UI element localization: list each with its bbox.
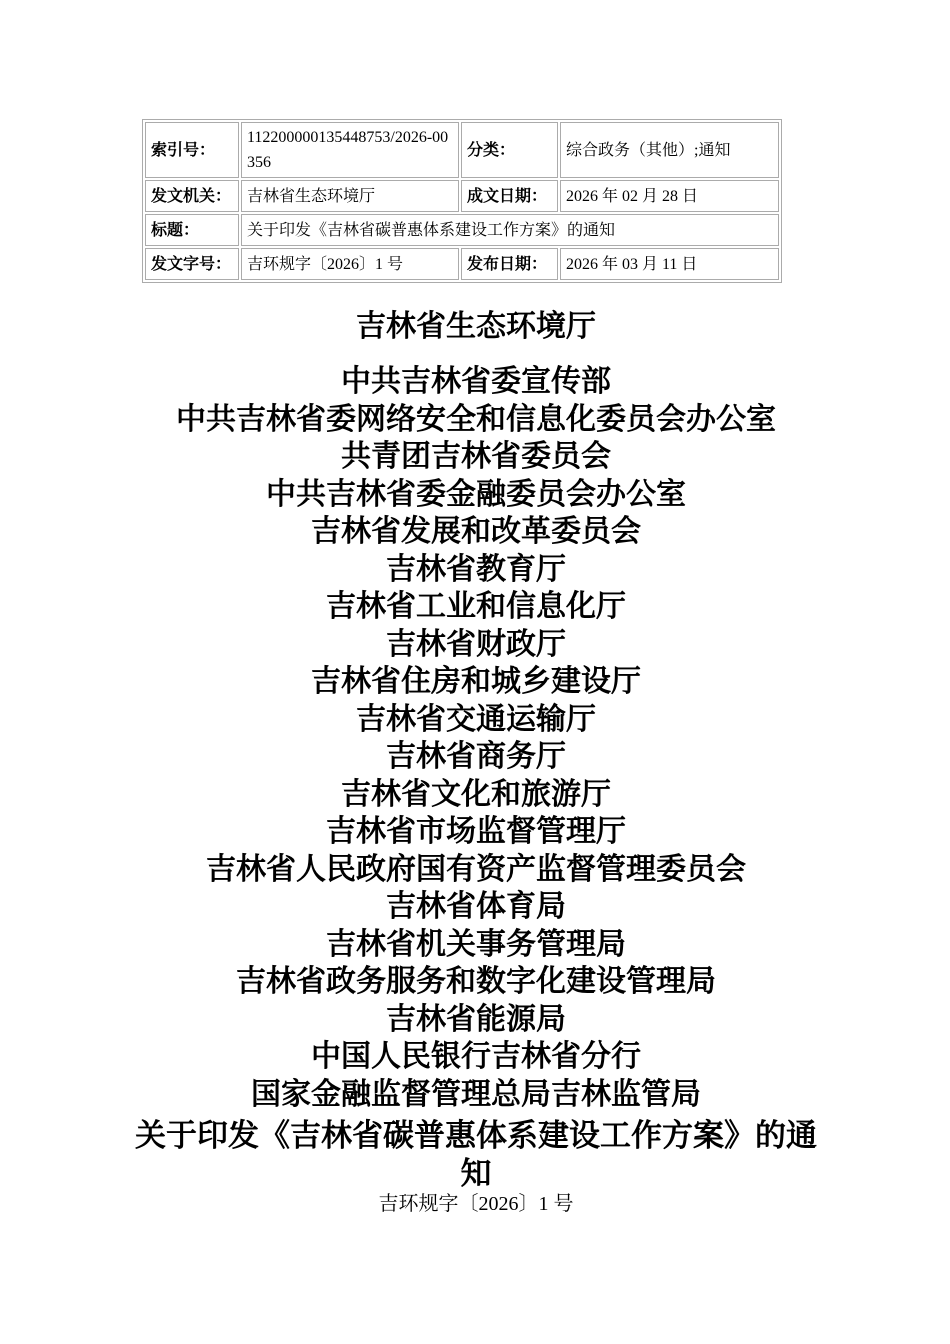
issuing-agency-label: 发文机关： — [145, 180, 239, 212]
doc-info-table: 索引号： 112200000135448753/2026-00356 分类： 综… — [142, 119, 782, 283]
joint-issuer-line: 共青团吉林省委员会 — [142, 438, 810, 476]
publish-date-value: 2026 年 03 月 11 日 — [560, 248, 779, 280]
table-row: 索引号： 112200000135448753/2026-00356 分类： 综… — [145, 122, 779, 178]
joint-issuer-line: 吉林省市场监督管理厅 — [142, 813, 810, 851]
joint-issuer-list: 中共吉林省委宣传部 中共吉林省委网络安全和信息化委员会办公室 共青团吉林省委员会… — [142, 363, 810, 1113]
table-row: 标题： 关于印发《吉林省碳普惠体系建设工作方案》的通知 — [145, 214, 779, 246]
category-value: 综合政务（其他）;通知 — [560, 122, 779, 178]
joint-issuer-line: 吉林省机关事务管理局 — [142, 926, 810, 964]
publish-date-label: 发布日期： — [461, 248, 558, 280]
category-label: 分类： — [461, 122, 558, 178]
joint-issuer-line: 国家金融监督管理总局吉林监管局 — [142, 1076, 810, 1114]
joint-issuer-line: 吉林省政务服务和数字化建设管理局 — [142, 963, 810, 1001]
joint-issuer-line: 吉林省文化和旅游厅 — [142, 776, 810, 814]
written-date-value: 2026 年 02 月 28 日 — [560, 180, 779, 212]
joint-issuer-line: 中国人民银行吉林省分行 — [142, 1038, 810, 1076]
joint-issuer-line: 中共吉林省委网络安全和信息化委员会办公室 — [142, 401, 810, 439]
joint-issuer-line: 中共吉林省委宣传部 — [142, 363, 810, 401]
joint-issuer-line: 吉林省人民政府国有资产监督管理委员会 — [142, 851, 810, 889]
joint-issuer-line: 吉林省教育厅 — [142, 551, 810, 589]
table-row: 发文字号： 吉环规字〔2026〕1 号 发布日期： 2026 年 03 月 11… — [145, 248, 779, 280]
joint-issuer-line: 吉林省交通运输厅 — [142, 701, 810, 739]
document-page: 索引号： 112200000135448753/2026-00356 分类： 综… — [0, 0, 950, 1344]
document-content: 索引号： 112200000135448753/2026-00356 分类： 综… — [142, 119, 810, 1217]
joint-issuer-line: 吉林省财政厅 — [142, 626, 810, 664]
title-label: 标题： — [145, 214, 239, 246]
doc-ref-label: 发文字号： — [145, 248, 239, 280]
issuing-agency-value: 吉林省生态环境厅 — [241, 180, 459, 212]
title-value: 关于印发《吉林省碳普惠体系建设工作方案》的通知 — [241, 214, 779, 246]
joint-issuer-line: 吉林省商务厅 — [142, 738, 810, 776]
doc-number-line: 吉环规字〔2026〕1 号 — [142, 1191, 810, 1217]
index-number-label: 索引号： — [145, 122, 239, 178]
notice-title: 关于印发《吉林省碳普惠体系建设工作方案》的通知 — [131, 1117, 821, 1193]
joint-issuer-line: 吉林省工业和信息化厅 — [142, 588, 810, 626]
joint-issuer-line: 吉林省住房和城乡建设厅 — [142, 663, 810, 701]
joint-issuer-line: 中共吉林省委金融委员会办公室 — [142, 476, 810, 514]
issuer-heading: 吉林省生态环境厅 — [142, 308, 810, 346]
index-number-value: 112200000135448753/2026-00356 — [241, 122, 459, 178]
doc-ref-value: 吉环规字〔2026〕1 号 — [241, 248, 459, 280]
joint-issuer-line: 吉林省体育局 — [142, 888, 810, 926]
table-row: 发文机关： 吉林省生态环境厅 成文日期： 2026 年 02 月 28 日 — [145, 180, 779, 212]
written-date-label: 成文日期： — [461, 180, 558, 212]
joint-issuer-line: 吉林省能源局 — [142, 1001, 810, 1039]
joint-issuer-line: 吉林省发展和改革委员会 — [142, 513, 810, 551]
